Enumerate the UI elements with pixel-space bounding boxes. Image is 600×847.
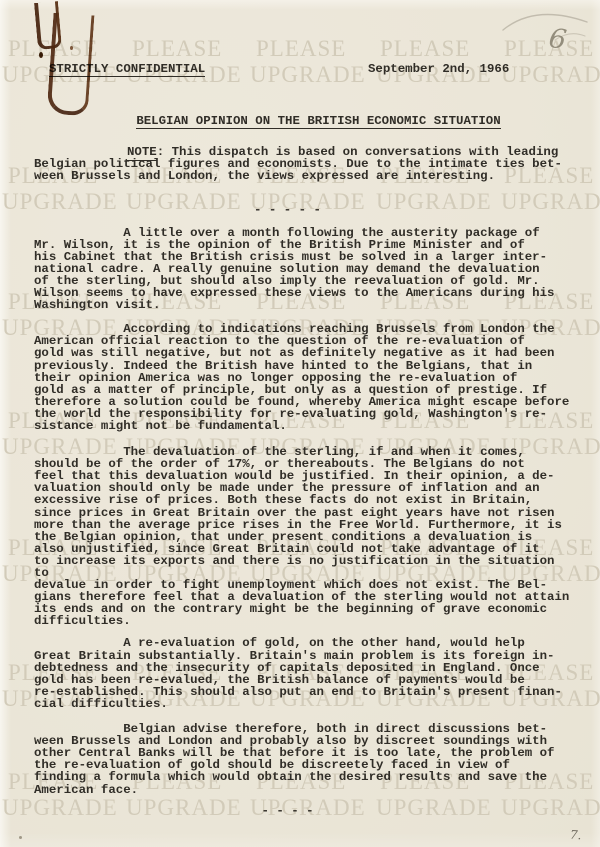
paragraph-5: Belgian advise therefore, both in direct… bbox=[34, 723, 575, 796]
watermark-word: PLEASE bbox=[380, 37, 470, 60]
paragraph-3: The devaluation of the sterling, if and … bbox=[34, 446, 575, 627]
paragraph-2: According to indications reaching Brusse… bbox=[34, 323, 575, 432]
watermark-word: PLEASE bbox=[132, 37, 222, 60]
title-row: BELGIAN OPINION ON THE BRITISH ECONOMIC … bbox=[48, 115, 589, 127]
document-title: BELGIAN OPINION ON THE BRITISH ECONOMIC … bbox=[136, 115, 500, 129]
watermark-word: PLEASE bbox=[256, 37, 346, 60]
classification-label: STRICTLY CONFIDENTIAL bbox=[49, 63, 205, 77]
date-label: September 2nd, 1966 bbox=[368, 63, 509, 75]
document-body: STRICTLY CONFIDENTIAL September 2nd, 196… bbox=[34, 63, 575, 817]
paragraph-4: A re-evaluation of gold, on the other ha… bbox=[34, 637, 575, 710]
pencil-stroke bbox=[495, 6, 595, 48]
document-header: STRICTLY CONFIDENTIAL September 2nd, 196… bbox=[34, 63, 575, 75]
note-paragraph: NOTE: This dispatch is based on conversa… bbox=[34, 146, 575, 182]
scanned-document-page: PLEASEPLEASEPLEASEPLEASEPLEASEUPGRADEUPG… bbox=[0, 0, 600, 847]
separator-dashes: - - - - - bbox=[17, 204, 558, 216]
paragraph-1: A little over a month following the aust… bbox=[34, 227, 575, 312]
separator-dashes: - - - - bbox=[17, 805, 558, 817]
watermark-word: PLEASE bbox=[8, 37, 98, 60]
note-body: : This dispatch is based on conversation… bbox=[34, 145, 562, 183]
handwritten-footer-number: 7. bbox=[570, 828, 582, 843]
